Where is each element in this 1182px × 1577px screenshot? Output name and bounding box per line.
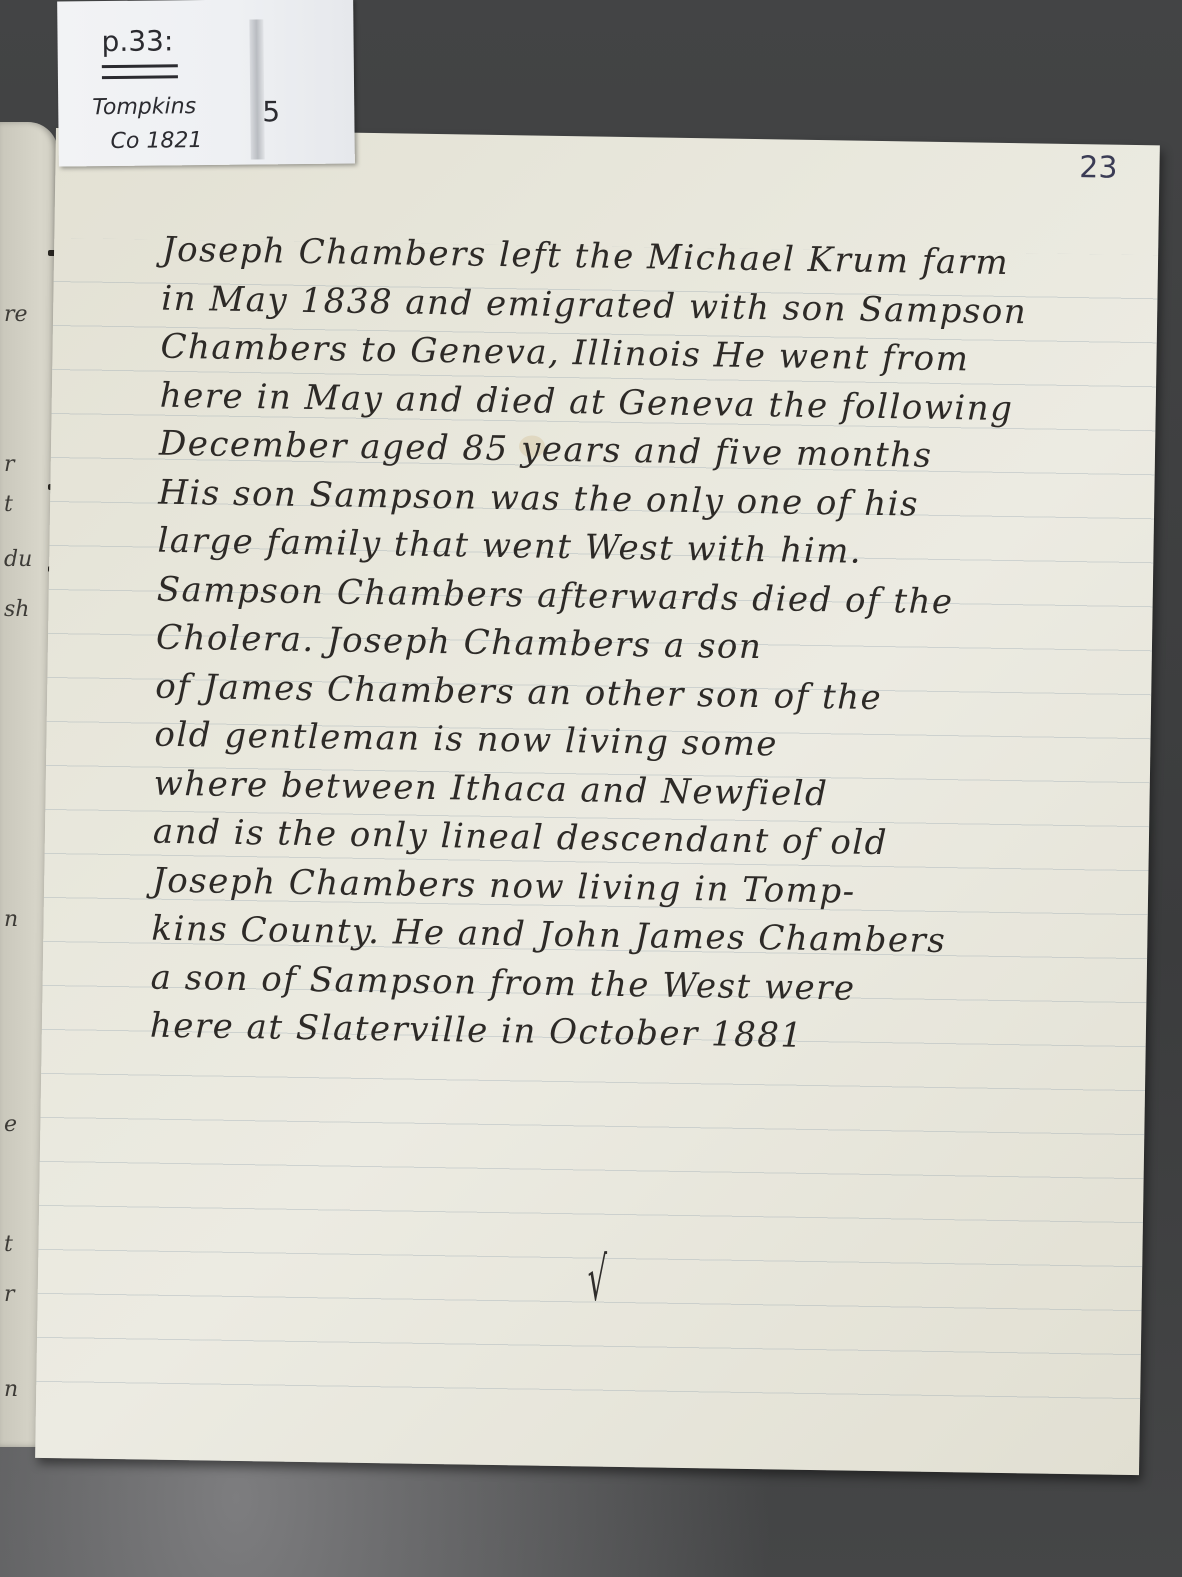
left-page-fragment: n <box>4 1377 18 1402</box>
left-page-fragment: sh <box>4 597 29 622</box>
slip-underline <box>102 64 178 79</box>
left-page-fragment: t <box>4 1232 13 1257</box>
left-page-fragment: n <box>4 907 18 932</box>
check-mark-icon: √ <box>587 1244 607 1314</box>
left-page-fragment: e <box>4 1112 17 1137</box>
page-number: 23 <box>1079 150 1118 186</box>
left-page-fragment: r <box>4 1282 15 1307</box>
left-page-fragment: t <box>4 492 13 517</box>
handwritten-text: Joseph Chambers left the Michael Krum fa… <box>150 226 1143 1066</box>
slip-name: Tompkins <box>92 94 196 120</box>
left-page-fragment: r <box>4 452 15 477</box>
slip-number: 5 <box>262 95 280 128</box>
reference-slip: p.33: Tompkins Co 1821 5 <box>57 0 355 167</box>
slip-fold <box>249 19 264 159</box>
notebook-page: 23 Joseph Chambers left the Michael Krum… <box>35 128 1160 1475</box>
slip-page-reference: p.33: <box>101 24 173 58</box>
left-page-fragment: re <box>4 302 28 327</box>
left-page-fragment: du <box>4 547 32 572</box>
slip-partial-line: Co 1821 <box>110 128 202 154</box>
